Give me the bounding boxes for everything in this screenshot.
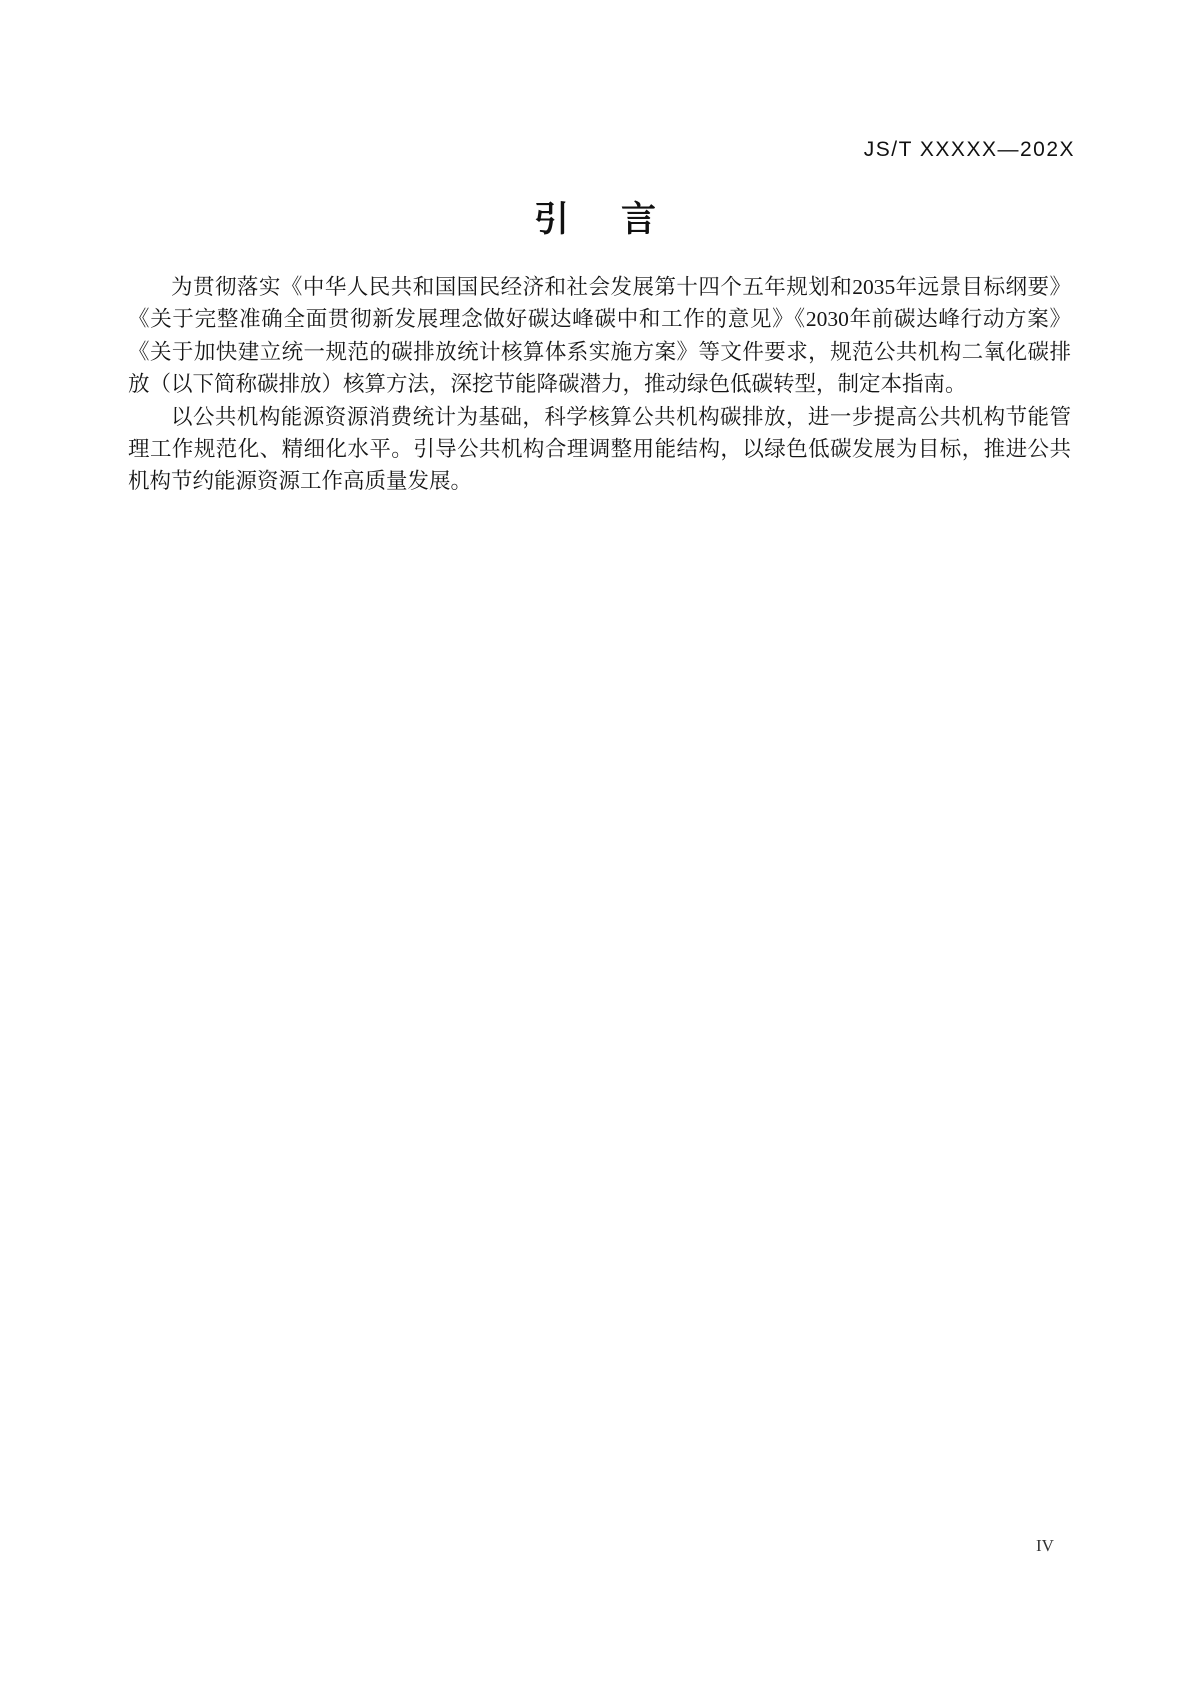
title-char-left: 引 xyxy=(534,192,569,242)
introduction-body: 为贯彻落实《中华人民共和国国民经济和社会发展第十四个五年规划和2035年远景目标… xyxy=(128,271,1071,498)
paragraph: 为贯彻落实《中华人民共和国国民经济和社会发展第十四个五年规划和2035年远景目标… xyxy=(128,271,1071,401)
title-char-right: 言 xyxy=(621,192,656,242)
page-number: IV xyxy=(1036,1536,1054,1556)
paragraph: 以公共机构能源资源消费统计为基础，科学核算公共机构碳排放，进一步提高公共机构节能… xyxy=(128,401,1071,498)
document-page: JS/T XXXXX—202X 引 言 为贯彻落实《中华人民共和国国民经济和社会… xyxy=(0,0,1190,1683)
standard-code: JS/T XXXXX—202X xyxy=(864,138,1075,162)
page-title: 引 言 xyxy=(0,192,1190,242)
